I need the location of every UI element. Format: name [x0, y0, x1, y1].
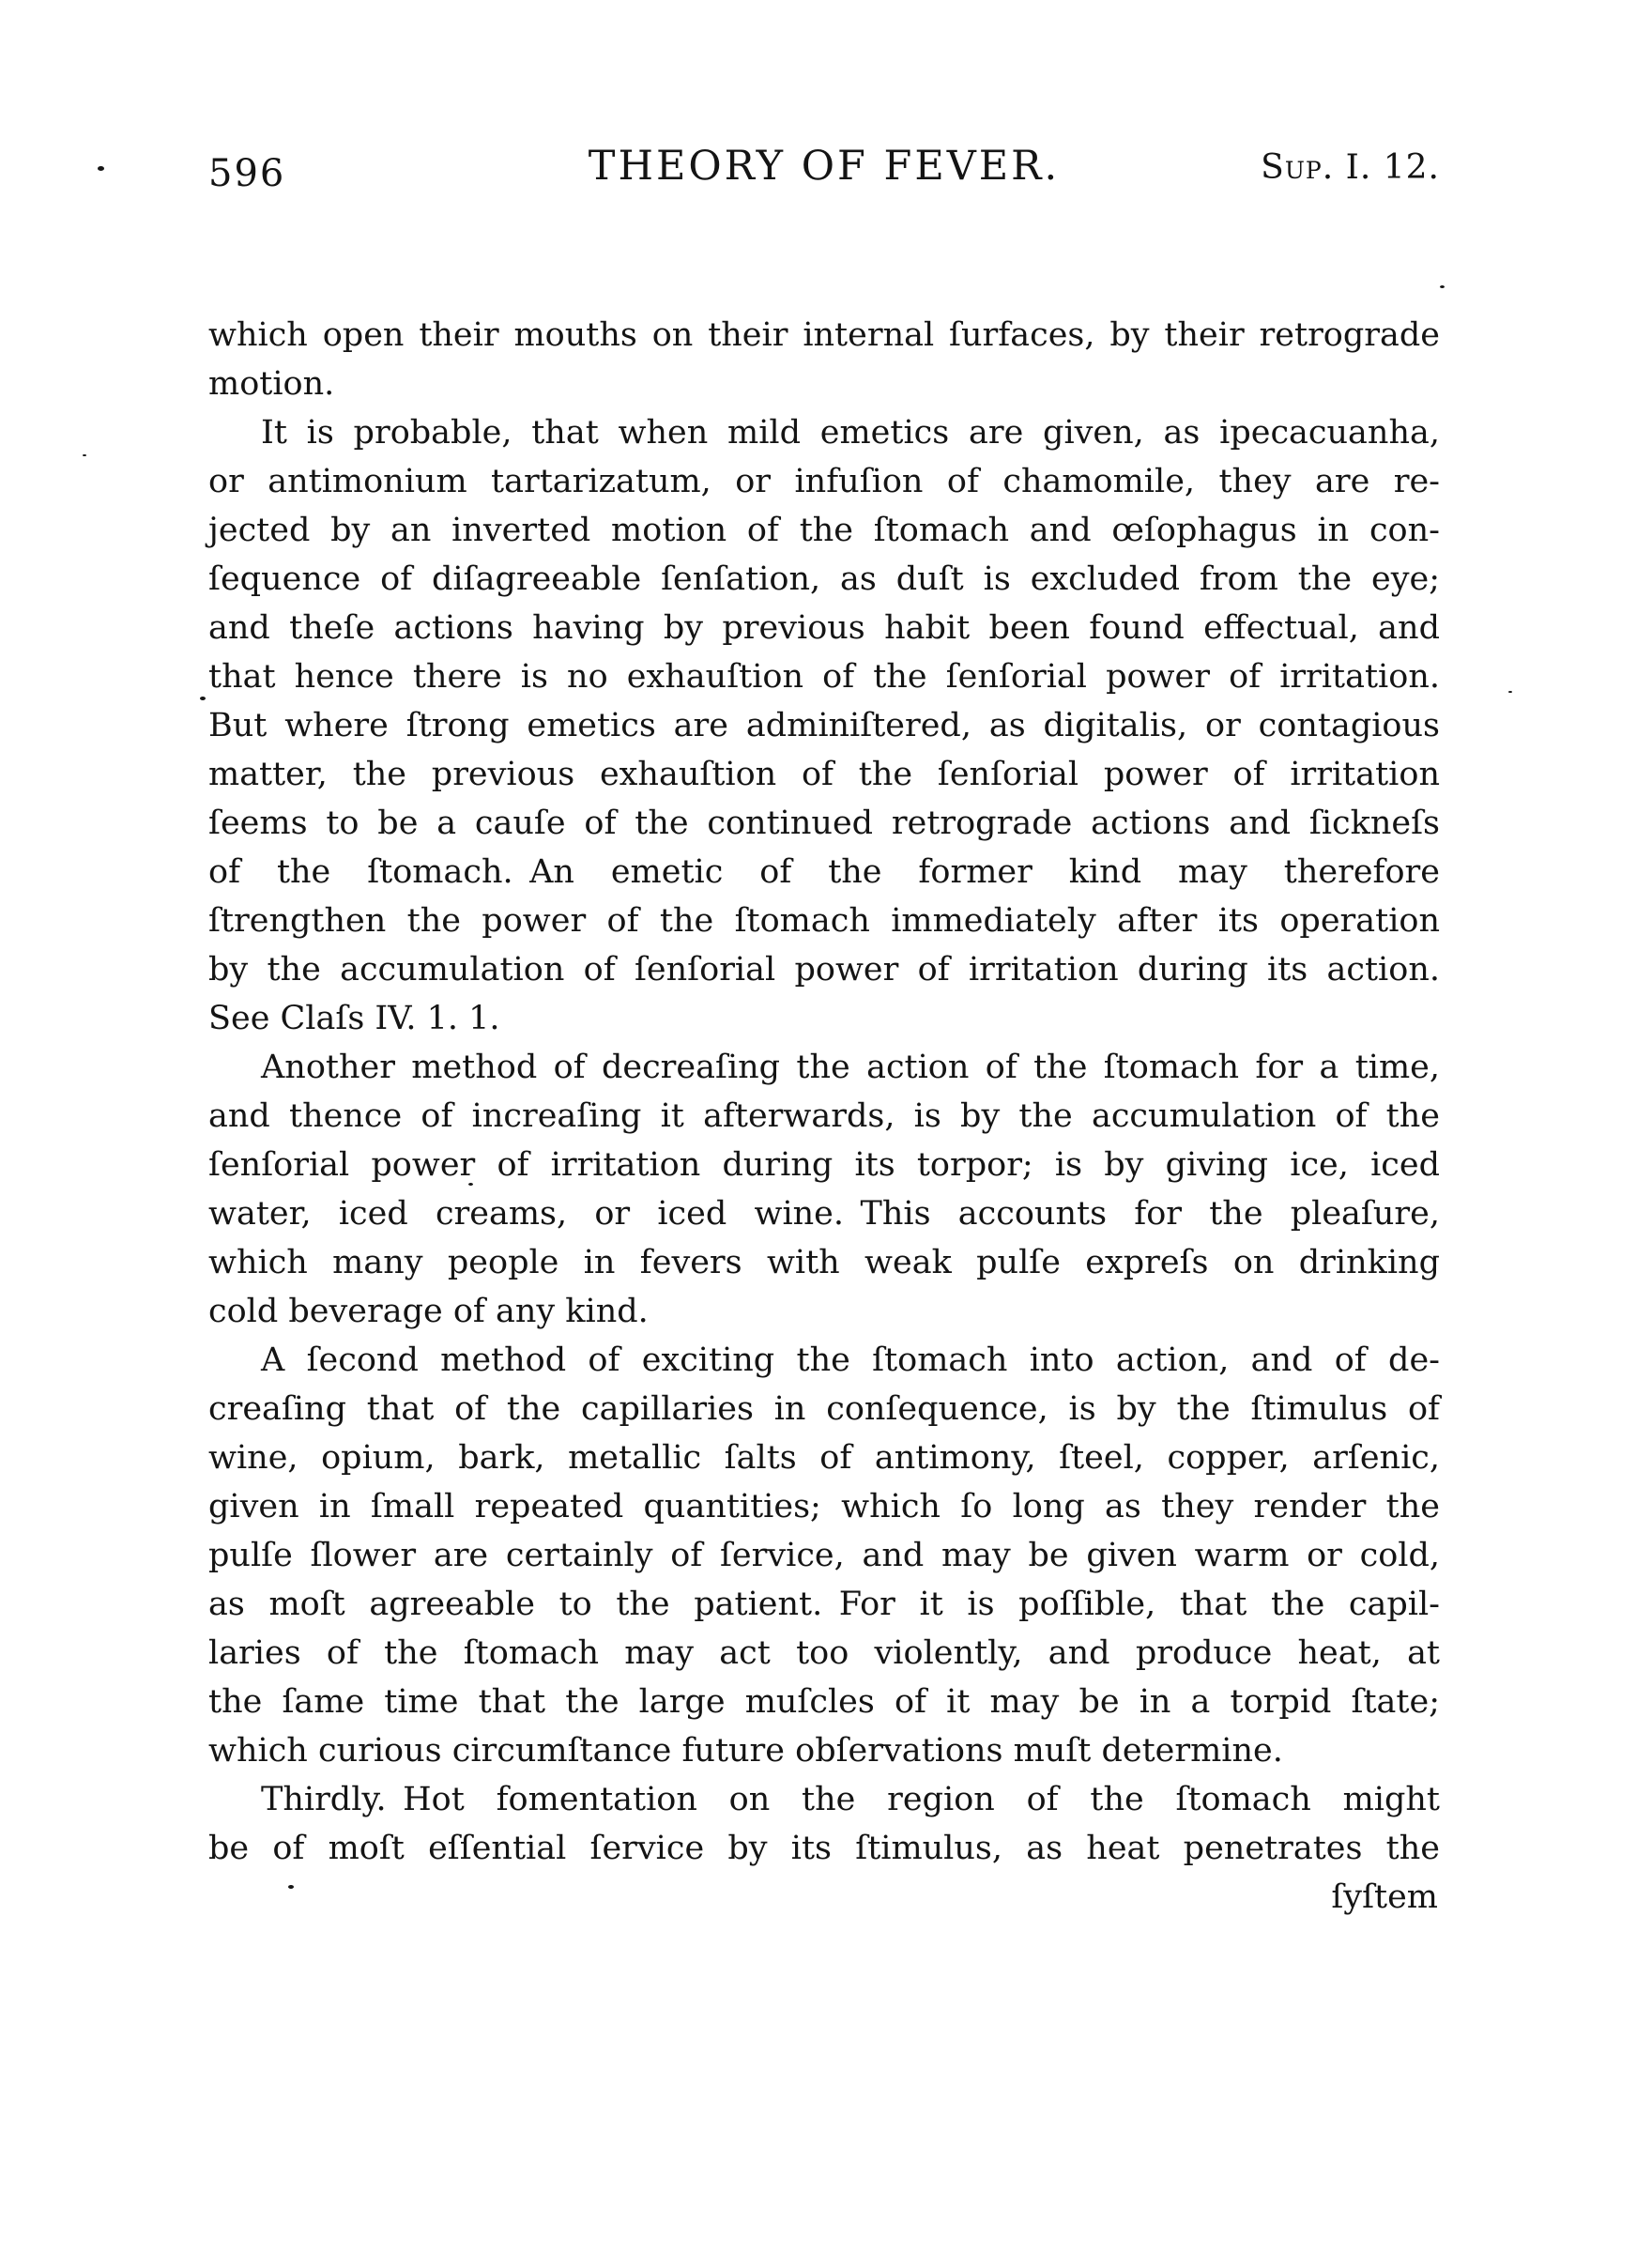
text-line: given in ſmall repeated quantities; whic… — [208, 1482, 1440, 1531]
ink-speck — [200, 697, 206, 700]
text-line: wine, opium, bark, metallic ſalts of ant… — [208, 1433, 1440, 1482]
text-line: which many people in fevers with weak pu… — [208, 1238, 1440, 1287]
text-line: of the ſtomach. An emetic of the former … — [208, 848, 1440, 897]
text-line: ſtrengthen the power of the ſtomach imme… — [208, 897, 1440, 945]
text-line: creaſing that of the capillaries in conſ… — [208, 1385, 1440, 1433]
running-header: 596 THEORY OF FEVER. Sup. I. 12. — [208, 143, 1440, 195]
text-line: motion. — [208, 360, 1440, 408]
text-line: that hence there is no exhauſtion of the… — [208, 652, 1440, 701]
text-line: laries of the ſtomach may act too violen… — [208, 1629, 1440, 1678]
text-line: Another method of decreaſing the action … — [208, 1043, 1440, 1092]
text-line: and thence of increaſing it afterwards, … — [208, 1092, 1440, 1141]
text-line: matter, the previous exhauſtion of the ſ… — [208, 750, 1440, 799]
text-line: Thirdly. Hot fomentation on the region o… — [208, 1775, 1440, 1824]
text-line: ſenſorial power of irritation during its… — [208, 1141, 1440, 1189]
section-smallcaps: up. — [1285, 148, 1334, 187]
text-line: water, iced creams, or iced wine. This a… — [208, 1189, 1440, 1238]
text-line: cold beverage of any kind. — [208, 1287, 1440, 1336]
text-line: and theſe actions having by previous hab… — [208, 604, 1440, 652]
text-line: which curious circumſtance future obſerv… — [208, 1726, 1440, 1775]
ink-speck — [468, 1183, 473, 1186]
text-line: A ſecond method of exciting the ſtomach … — [208, 1336, 1440, 1385]
text-line: be of moſt eſſential ſervice by its ſtim… — [208, 1824, 1440, 1873]
ink-speck — [83, 454, 86, 456]
ink-speck — [1440, 285, 1445, 288]
text-line: ſequence of diſagreeable ſenſation, as d… — [208, 555, 1440, 604]
text-line: It is probable, that when mild emetics a… — [208, 408, 1440, 457]
ink-speck — [98, 166, 104, 171]
body-text: which open their mouths on their interna… — [208, 311, 1440, 1873]
section-initial: S — [1261, 148, 1285, 187]
catchword: ſyſtem — [1331, 1873, 1438, 1922]
text-line: But where ſtrong emetics are adminiſtere… — [208, 701, 1440, 750]
text-line: which open their mouths on their interna… — [208, 311, 1440, 360]
text-line: ſeems to be a cauſe of the continued ret… — [208, 799, 1440, 848]
text-line: as moſt agreeable to the patient. For it… — [208, 1580, 1440, 1629]
running-title: THEORY OF FEVER. — [208, 143, 1440, 190]
text-line: pulſe ſlower are certainly of ſervice, a… — [208, 1531, 1440, 1580]
ink-speck — [1508, 691, 1512, 693]
section-reference: Sup. I. 12. — [1261, 148, 1440, 187]
text-line: or antimonium tartarizatum, or infuſion … — [208, 457, 1440, 506]
text-line: by the accumulation of ſenſorial power o… — [208, 945, 1440, 994]
section-number: I. 12. — [1334, 148, 1440, 187]
ink-speck — [288, 1885, 294, 1889]
text-line: jected by an inverted motion of the ſtom… — [208, 506, 1440, 555]
scanned-book-page: 596 THEORY OF FEVER. Sup. I. 12. which o… — [0, 0, 1652, 2253]
text-line: the ſame time that the large muſcles of … — [208, 1678, 1440, 1726]
text-line: See Claſs IV. 1. 1. — [208, 994, 1440, 1043]
